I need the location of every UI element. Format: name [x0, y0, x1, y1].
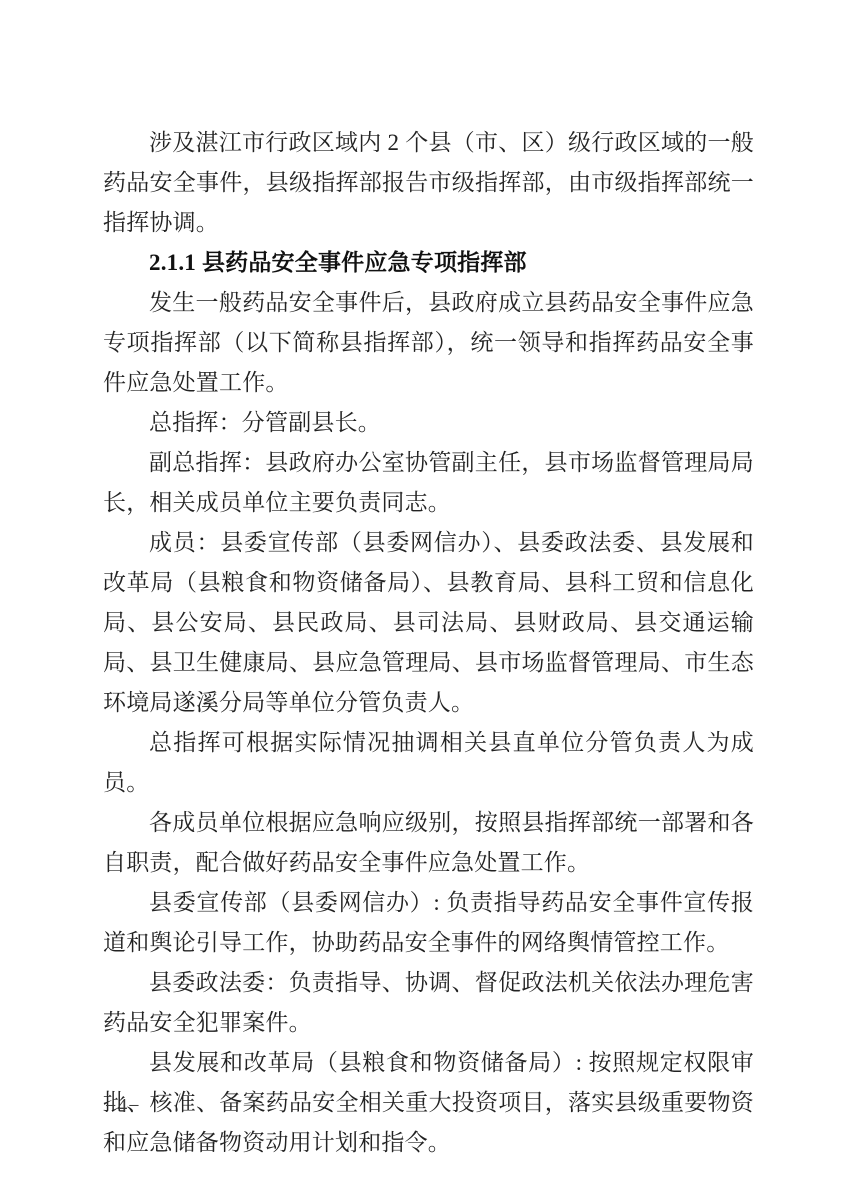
paragraph: 各成员单位根据应急响应级别，按照县指挥部统一部署和各自职责，配合做好药品安全事件… — [103, 803, 754, 883]
page-number: −4− — [105, 1094, 141, 1118]
paragraph: 成员：县委宣传部（县委网信办）、县委政法委、县发展和改革局（县粮食和物资储备局）… — [103, 523, 754, 723]
paragraph: 县发展和改革局（县粮食和物资储备局）: 按照规定权限审批、核准、备案药品安全相关… — [103, 1043, 754, 1163]
section-heading: 2.1.1 县药品安全事件应急专项指挥部 — [103, 243, 754, 283]
paragraph: 副总指挥：县政府办公室协管副主任，县市场监督管理局局长，相关成员单位主要负责同志… — [103, 443, 754, 523]
paragraph: 总指挥：分管副县长。 — [103, 403, 754, 443]
document-body: 涉及湛江市行政区域内 2 个县（市、区）级行政区域的一般药品安全事件，县级指挥部… — [103, 123, 754, 1163]
paragraph: 县委政法委：负责指导、协调、督促政法机关依法办理危害药品安全犯罪案件。 — [103, 963, 754, 1043]
paragraph: 发生一般药品安全事件后，县政府成立县药品安全事件应急专项指挥部（以下简称县指挥部… — [103, 283, 754, 403]
document-page: 涉及湛江市行政区域内 2 个县（市、区）级行政区域的一般药品安全事件，县级指挥部… — [0, 0, 850, 1200]
paragraph: 县委宣传部（县委网信办）: 负责指导药品安全事件宣传报道和舆论引导工作，协助药品… — [103, 883, 754, 963]
paragraph: 涉及湛江市行政区域内 2 个县（市、区）级行政区域的一般药品安全事件，县级指挥部… — [103, 123, 754, 243]
paragraph: 总指挥可根据实际情况抽调相关县直单位分管负责人为成员。 — [103, 723, 754, 803]
